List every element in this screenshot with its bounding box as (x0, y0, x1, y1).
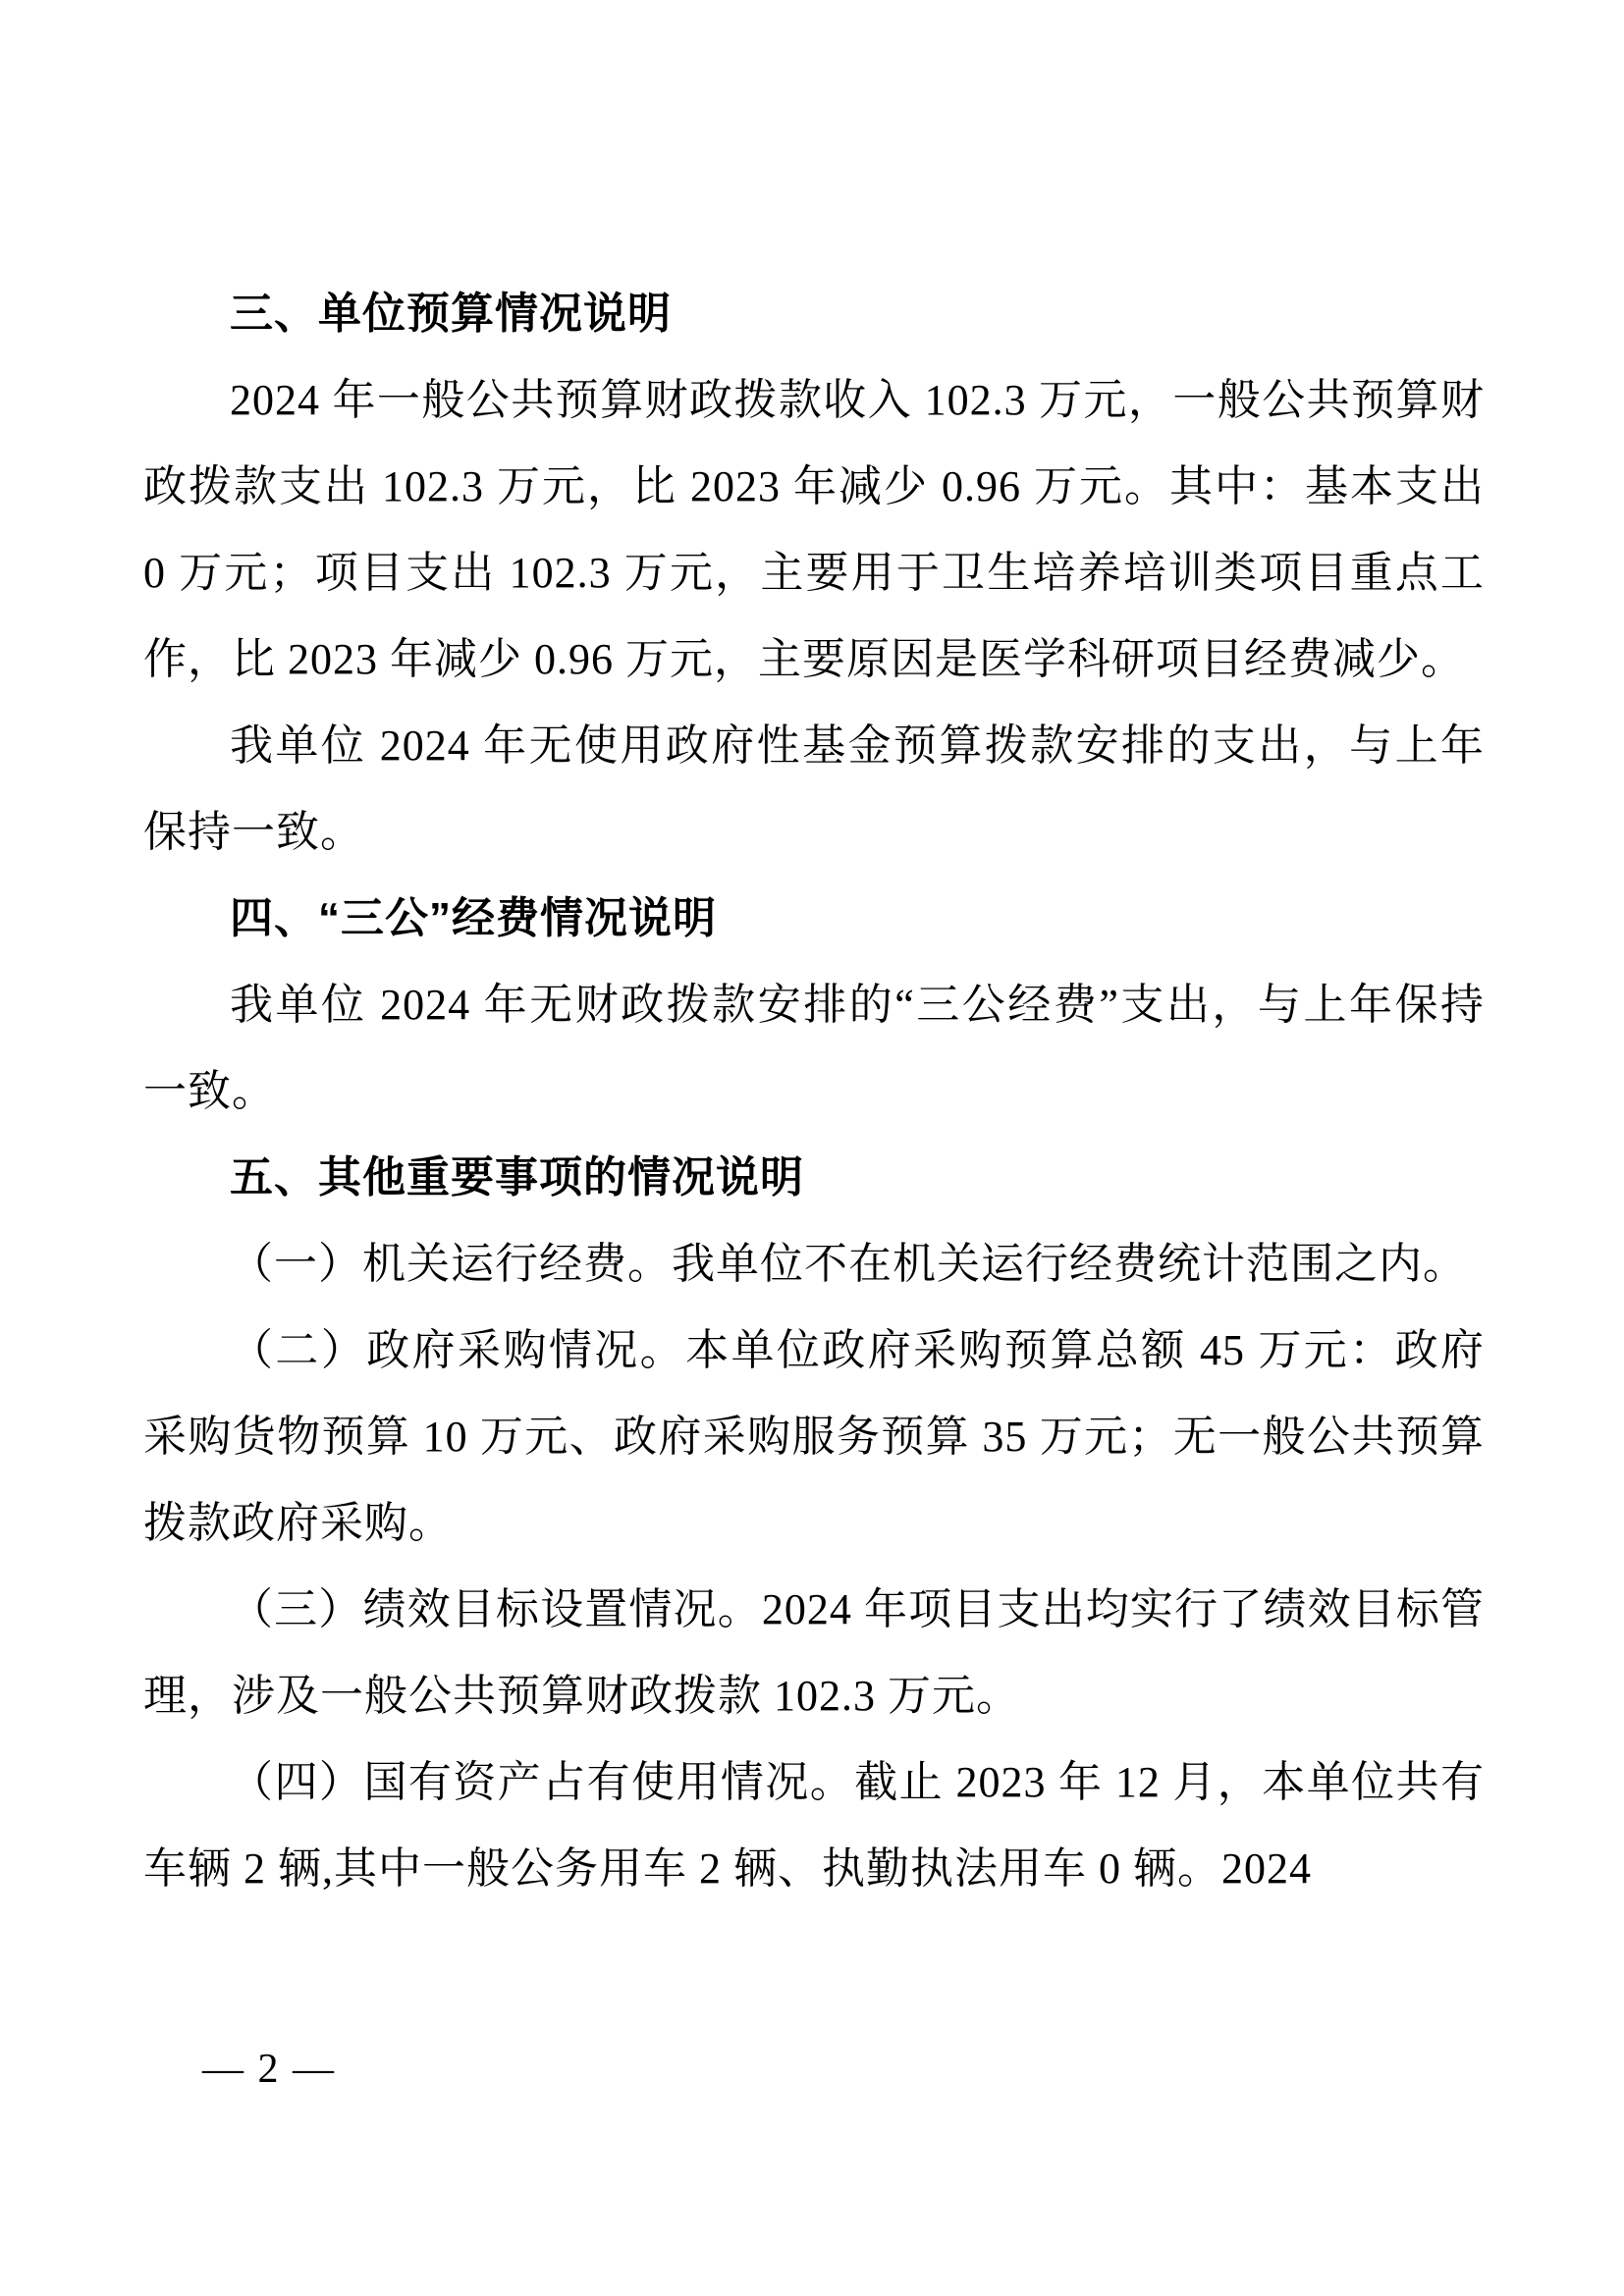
section-heading-other-important-matters: 五、其他重要事项的情况说明 (143, 1135, 1485, 1221)
paragraph-government-procurement: （二）政府采购情况。本单位政府采购预算总额 45 万元：政府采购货物预算 10 … (143, 1308, 1485, 1567)
paragraph-performance-targets: （三）绩效目标设置情况。2024 年项目支出均实行了绩效目标管理，涉及一般公共预… (143, 1567, 1485, 1739)
paragraph-budget-overview: 2024 年一般公共预算财政拨款收入 102.3 万元，一般公共预算财政拨款支出… (143, 357, 1485, 703)
paragraph-state-owned-assets: （四）国有资产占有使用情况。截止 2023 年 12 月，本单位共有车辆 2 辆… (143, 1739, 1485, 1912)
section-heading-unit-budget: 三、单位预算情况说明 (143, 271, 1485, 357)
paragraph-government-fund: 我单位 2024 年无使用政府性基金预算拨款安排的支出，与上年保持一致。 (143, 703, 1485, 876)
paragraph-three-public-funds: 我单位 2024 年无财政拨款安排的“三公经费”支出，与上年保持一致。 (143, 962, 1485, 1135)
document-body: 三、单位预算情况说明 2024 年一般公共预算财政拨款收入 102.3 万元，一… (143, 271, 1485, 1912)
paragraph-operating-expenses: （一）机关运行经费。我单位不在机关运行经费统计范围之内。 (143, 1221, 1485, 1308)
page-number: — 2 — (202, 2040, 336, 2099)
document-page: 三、单位预算情况说明 2024 年一般公共预算财政拨款收入 102.3 万元，一… (0, 0, 1624, 2296)
section-heading-three-public-funds: 四、“三公”经费情况说明 (143, 876, 1485, 962)
